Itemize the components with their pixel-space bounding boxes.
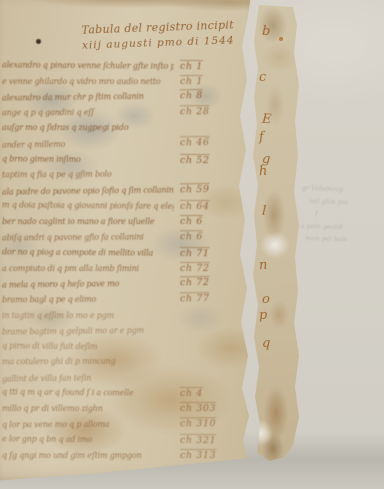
register-entry-row: millo q pr di villemo zighn ch 303	[2, 401, 250, 417]
register-entry-row: q ſg qngi mo und gim eſtim gmpgon ch 313	[2, 448, 250, 464]
entry-text: dor no q piog a compote di mellito villa	[2, 244, 174, 261]
entry-folio: ch 46	[180, 135, 210, 151]
index-tab-letter: f	[259, 131, 265, 145]
entry-folio: ch 72	[180, 275, 210, 291]
entry-text: a compiuto di q pm alla lamb ſimini	[2, 261, 174, 277]
entry-text: e lor gnp q bn q ad imo	[2, 432, 174, 449]
register-entry-row: e lor gnp q bn q ad imo ch 321	[2, 432, 250, 450]
entry-folio: ch 8	[180, 88, 203, 104]
register-entry-row: brame bagtim q gelpuli mo ar e pgm	[2, 322, 250, 341]
entry-text: m q doia paſtoia q giovanni pionſs fare …	[2, 198, 174, 215]
register-entry-row: ma cotulero ghi di p mincang	[2, 353, 250, 370]
mat-pencil-note: gr Volumzugnel gliw pmfa pom gealdlmon p…	[300, 182, 372, 247]
register-entry-row: auſgr mo q ſidras q zugpegi pido	[2, 120, 250, 136]
entry-text: auſgr mo q ſidras q zugpegi pido	[2, 120, 174, 136]
register-entry-row: bramo bagl q pe q elimo ch 77	[2, 291, 250, 308]
entry-folio: ch 4	[180, 386, 203, 402]
entry-text: alexandro q pinaro venne ſchuler gſte in…	[2, 57, 174, 74]
index-tab-letter: o	[262, 293, 271, 307]
entry-text: q tti q m q ar q found ſ i a comelle	[2, 385, 174, 402]
mat-note-line: nel gliw pm	[301, 194, 371, 209]
register-entry-row: ander q millemo ch 46	[2, 134, 250, 153]
entry-folio: ch 1	[180, 74, 203, 90]
index-tab-letter: p	[259, 309, 268, 324]
entry-folio: ch 303	[180, 401, 216, 417]
register-entry-row: in tagtin q eſſim lo mo e pgm	[2, 308, 250, 324]
entry-folio: ch 71	[180, 246, 210, 262]
entry-folio: ch 28	[180, 104, 210, 120]
entry-text: ber nado caglint io mano a fiore uſuelle	[2, 214, 174, 230]
entry-text: bramo bagl q pe q elimo	[2, 291, 174, 307]
entry-folio: ch 6	[180, 229, 203, 245]
register-entry-row: ange q p q gandini q eſſ ch 28	[2, 104, 250, 121]
index-tab-letter: b	[262, 25, 271, 39]
entry-text: e venne ghilardo q vidro mro audio netto	[2, 74, 174, 90]
register-entry-row: dor no q piog a compote di mellito villa…	[2, 244, 250, 262]
entry-text: ange q p q gandini q eſſ	[2, 104, 174, 120]
index-tab-letter: l	[262, 205, 267, 219]
entry-text: millo q pr di villemo zighn	[2, 401, 174, 417]
manuscript-page: Tabula del registro incipit xiij augusti…	[0, 0, 262, 482]
entry-folio: ch 64	[180, 199, 210, 215]
index-tab-letter: E	[262, 113, 272, 127]
register-entry-row: q tti q m q ar q found ſ i a comelle ch …	[2, 385, 250, 403]
binding-strip: bcEfghlnopq	[249, 5, 303, 463]
ink-spot	[36, 39, 41, 44]
index-tab-letter: h	[259, 165, 268, 180]
entry-folio: ch 59	[180, 182, 210, 198]
register-entry-row: q lor pa vene mo q p alloma ch 310	[2, 416, 250, 433]
register-entry-row: ber nado caglint io mano a fiore uſuelle…	[2, 214, 250, 230]
photo-stage: gr Volumzugnel gliw pmfa pom gealdlmon p…	[0, 0, 384, 489]
entry-text: q lor pa vene mo q p alloma	[2, 416, 174, 432]
index-tab-letter: n	[259, 259, 268, 274]
entry-text: taptim q fia q pe q gſim bolo	[2, 167, 174, 183]
index-tab-letter: q	[262, 337, 271, 351]
entry-text: q ſg qngi mo und gim eſtim gmpgon	[2, 448, 174, 464]
mat-note-line: mon pel bols	[300, 232, 370, 247]
entry-text: q brno gimen inſimo	[2, 151, 174, 168]
register-entry-row: alexandro q pinaro venne ſchuler gſte in…	[2, 57, 250, 75]
page-heading: Tabula del registro incipit xiij augusti…	[60, 17, 257, 55]
entry-text: ander q millemo	[2, 135, 174, 153]
index-tab-letter: c	[259, 71, 267, 85]
register-entry-row: e venne ghilardo q vidro mro audio netto…	[2, 74, 250, 90]
ink-dot	[279, 37, 283, 41]
register-entry-row: m q doia paſtoia q giovanni pionſs fare …	[2, 198, 250, 216]
register-entry-row: abiſq andri q pavone gfio fa collanini c…	[2, 228, 250, 245]
entry-folio: ch 77	[180, 291, 210, 307]
entry-folio: ch 313	[180, 448, 216, 464]
entry-text: ma cotulero ghi di p mincang	[2, 354, 174, 370]
entry-folio: ch 72	[180, 261, 210, 277]
entry-list: alexandro q pinaro venne ſchuler gſte in…	[2, 58, 250, 463]
register-entry-row: taptim q fia q pe q gſim bolo	[2, 166, 250, 183]
entry-text: abiſq andri q pavone gfio fa collanini	[2, 229, 174, 245]
entry-folio: ch 6	[180, 214, 203, 230]
entry-folio: ch 310	[180, 416, 216, 432]
entry-folio: ch 321	[180, 433, 216, 449]
entry-folio: ch 1	[180, 59, 203, 75]
entry-text: in tagtin q eſſim lo mo e pgm	[2, 308, 174, 324]
